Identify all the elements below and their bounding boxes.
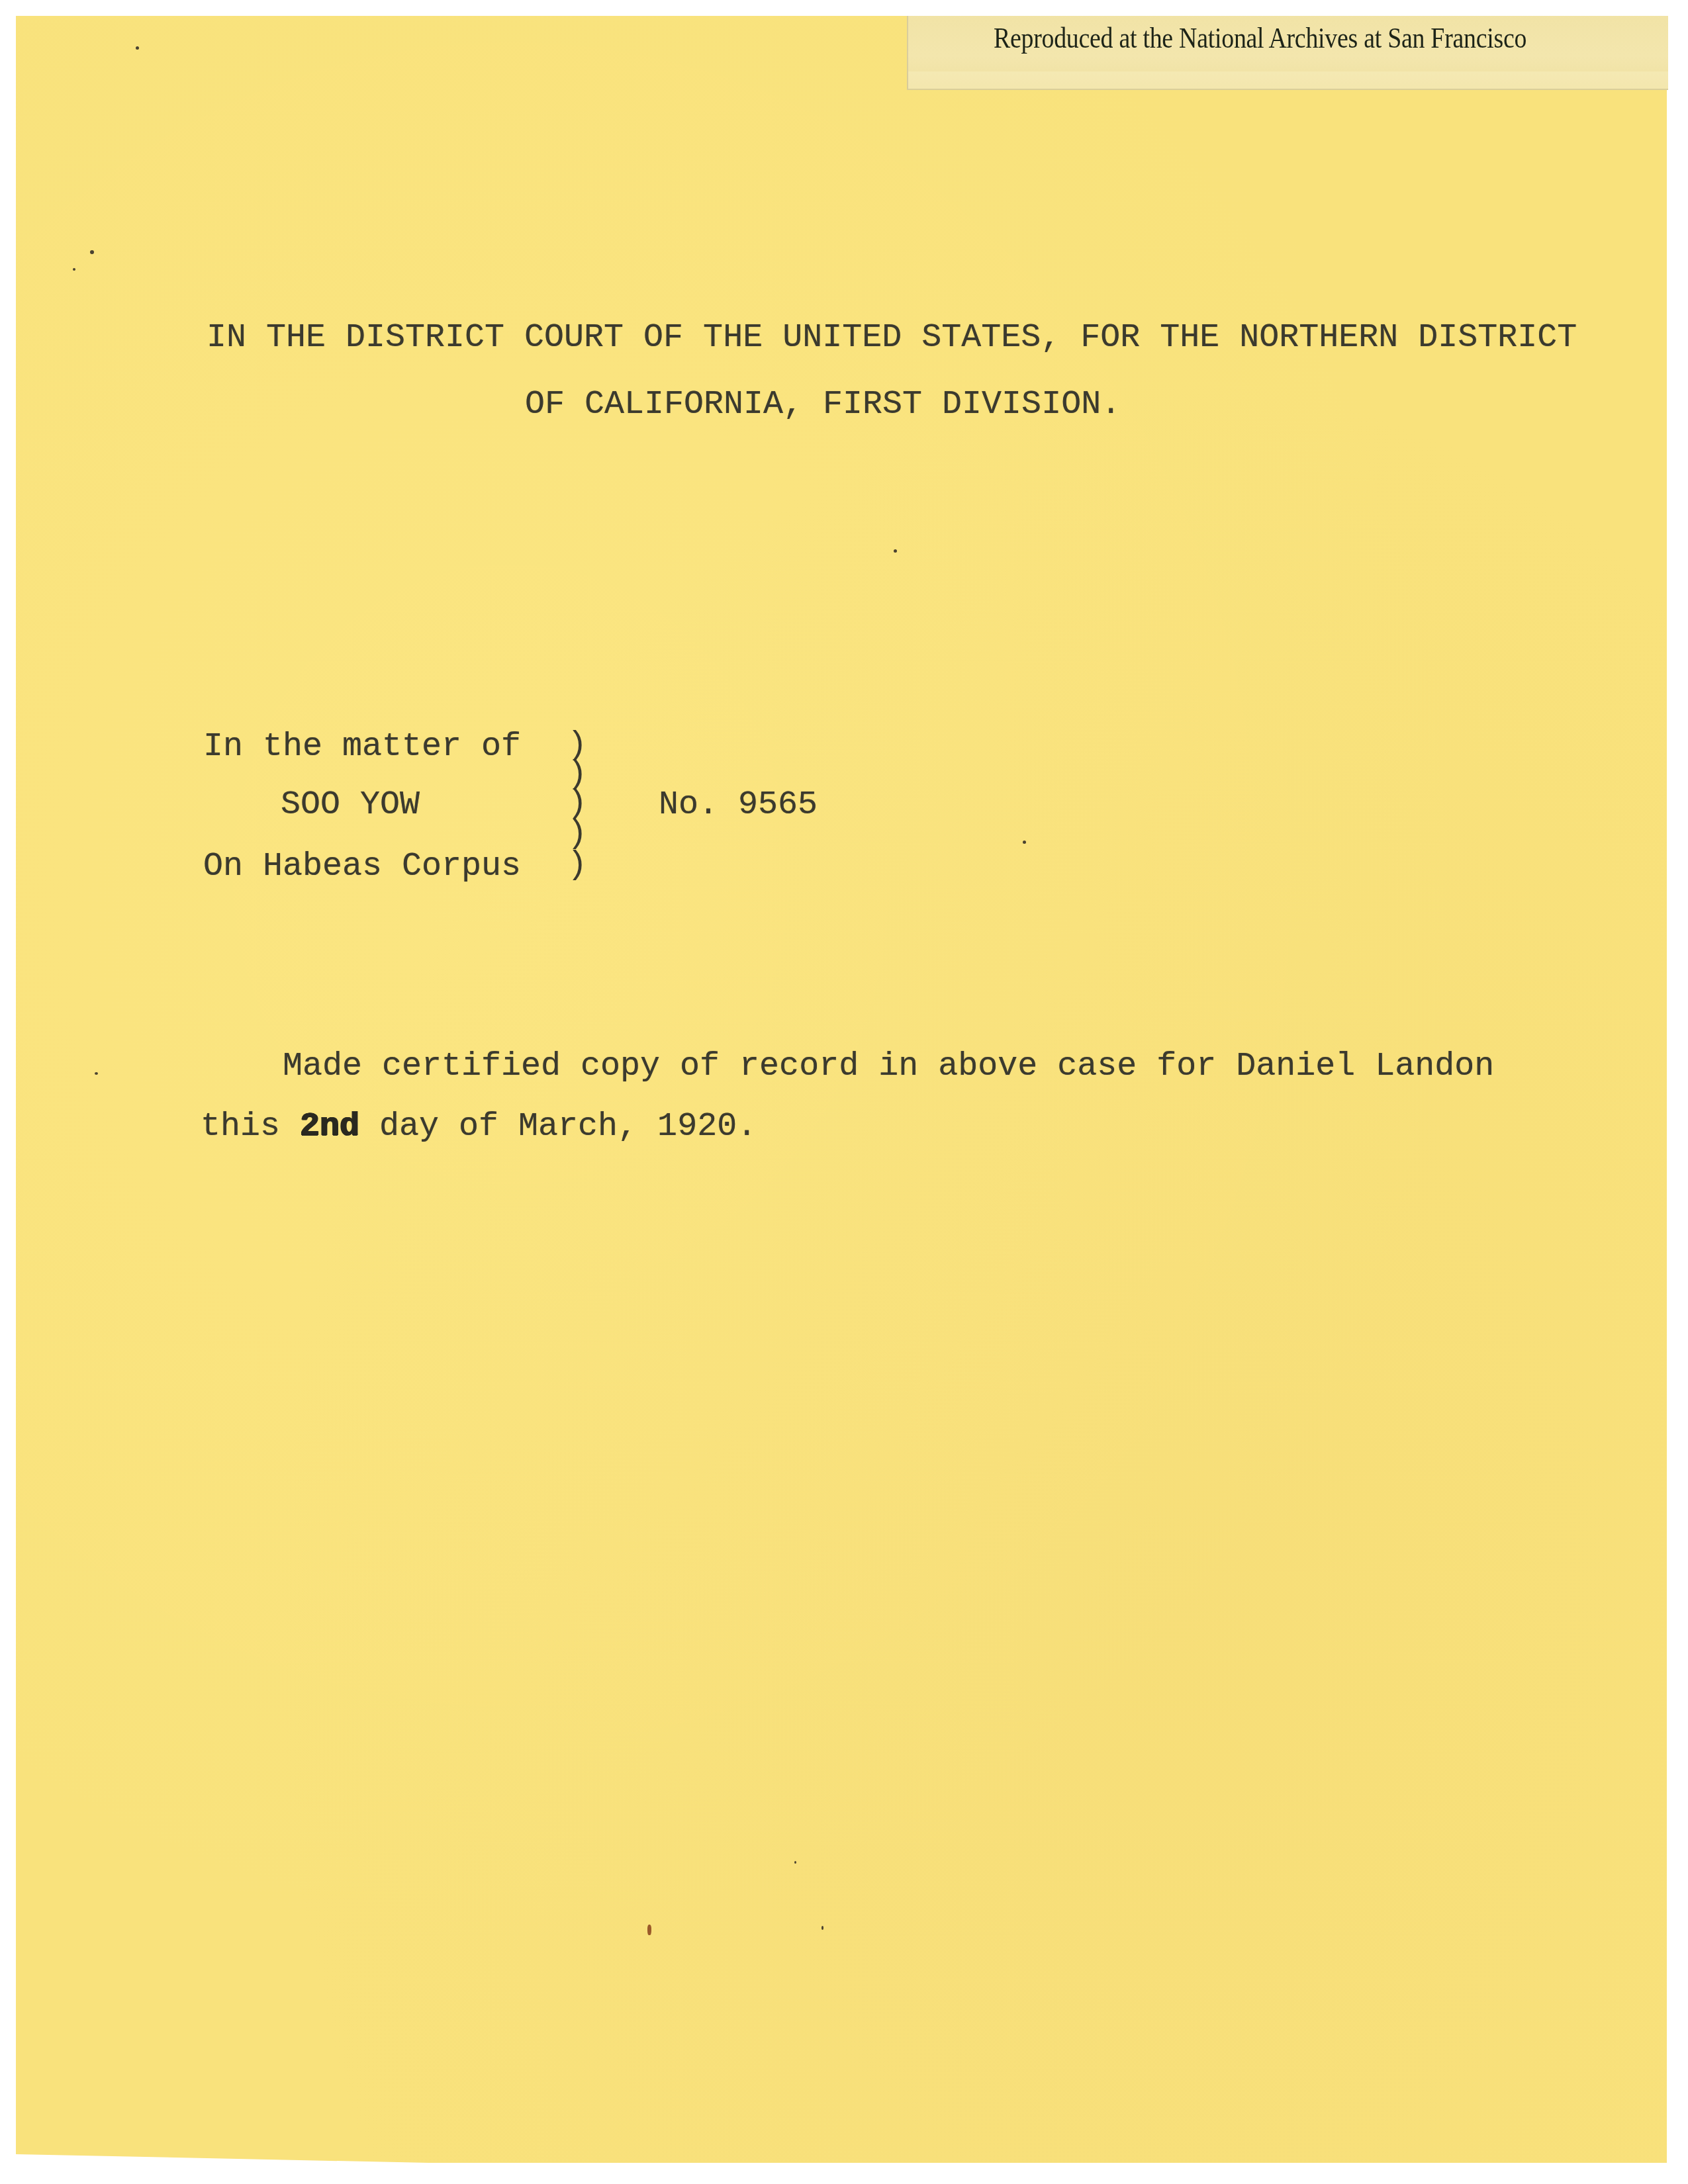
paper-speck [1023, 841, 1026, 844]
paper-speck [136, 46, 139, 50]
archive-label-tape: Reproduced at the National Archives at S… [907, 16, 1668, 90]
certificate-line-2-suffix: day of March, 1920. [359, 1108, 757, 1146]
certificate-line-1: Made certified copy of record in above c… [283, 1050, 1494, 1083]
paper-speck [90, 250, 94, 254]
court-heading-line-2: OF CALIFORNIA, FIRST DIVISION. [525, 388, 1121, 422]
certificate-line-2-prefix: this [201, 1108, 300, 1146]
paper-speck [647, 1925, 651, 1935]
certificate-line-2: this 2nd day of March, 1920. [201, 1111, 757, 1144]
paper-speck [95, 1072, 98, 1075]
caption-matter-of: In the matter of [203, 731, 521, 764]
case-number: No. 9565 [659, 789, 818, 822]
certificate-day-overstruck: 2nd [300, 1108, 359, 1146]
archive-label-text: Reproduced at the National Archives at S… [994, 21, 1526, 55]
court-heading-line-1: IN THE DISTRICT COURT OF THE UNITED STAT… [207, 322, 1577, 355]
paper-speck [894, 549, 897, 553]
caption-proceeding-type: On Habeas Corpus [203, 850, 521, 884]
paper-speck [794, 1861, 796, 1864]
caption-bracket: ) [567, 849, 587, 882]
caption-petitioner-name: SOO YOW [281, 789, 420, 822]
paper-speck [73, 268, 75, 271]
paper-speck [821, 1926, 823, 1930]
